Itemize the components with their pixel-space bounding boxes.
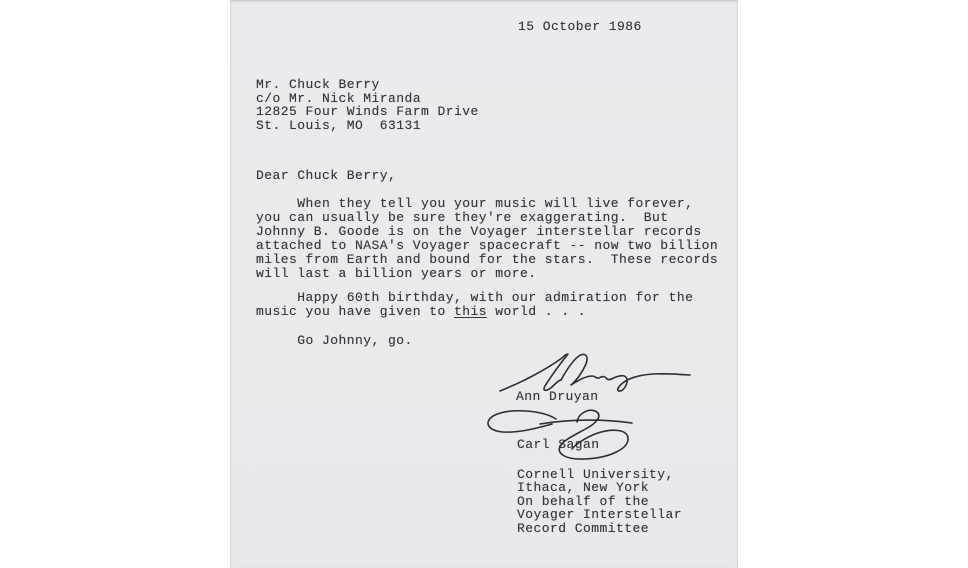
carl-sagan-signature xyxy=(480,406,646,464)
recipient-address: Mr. Chuck Berry c/o Mr. Nick Miranda 128… xyxy=(256,78,479,132)
letter-page: 15 October 1986 Mr. Chuck Berry c/o Mr. … xyxy=(230,0,738,568)
salutation: Dear Chuck Berry, xyxy=(256,169,396,183)
sender-affiliation: Cornell University, Ithaca, New York On … xyxy=(517,468,682,535)
text-before-underline: music you have given to xyxy=(256,304,454,319)
signer-name-carl-sagan: Carl Sagan xyxy=(517,438,600,452)
closing-line: Go Johnny, go. xyxy=(256,334,413,348)
signer-name-ann-druyan: Ann Druyan xyxy=(516,390,599,404)
underlined-word: this xyxy=(454,304,487,319)
body-paragraph-2-line-1: Happy 60th birthday, with our admiration… xyxy=(256,291,693,305)
date-line: 15 October 1986 xyxy=(518,20,642,34)
text-after-underline: world . . . xyxy=(487,304,586,319)
body-paragraph-2-line-2: music you have given to this world . . . xyxy=(256,305,693,319)
body-paragraph-2: Happy 60th birthday, with our admiration… xyxy=(256,291,693,319)
body-paragraph-1: When they tell you your music will live … xyxy=(256,197,718,281)
scan-canvas: 15 October 1986 Mr. Chuck Berry c/o Mr. … xyxy=(0,0,968,568)
